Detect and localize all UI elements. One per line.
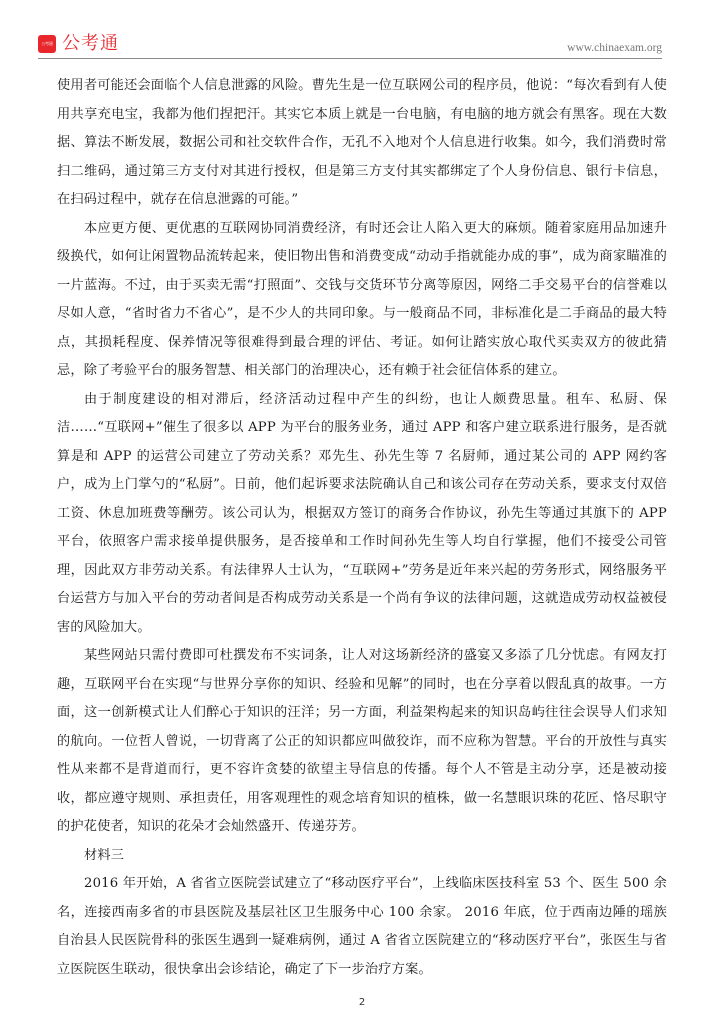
page-header: 公考通 公考通 www.chinaexam.org	[38, 32, 662, 59]
paragraph-4: 某些网站只需付费即可杜撰发布不实词条，让人对这场新经济的盛宴又多添了几分忧虑。有…	[57, 642, 667, 842]
paragraph-3: 由于制度建设的相对滞后，经济活动过程中产生的纠纷，也让人颇费思量。租车、私厨、保…	[57, 386, 667, 643]
section-heading-material-3: 材料三	[57, 842, 667, 871]
paragraph-5: 2016 年开始，A 省省立医院尝试建立了“移动医疗平台”，上线临床医技科室 5…	[57, 870, 667, 984]
brand-logo[interactable]: 公考通 公考通	[38, 34, 119, 54]
paragraph-2: 本应更方便、更优惠的互联网协同消费经济，有时还会让人陷入更大的麻烦。随着家庭用品…	[57, 215, 667, 386]
page-number: 2	[0, 997, 724, 1008]
logo-badge-icon: 公考通	[38, 35, 56, 53]
site-url[interactable]: www.chinaexam.org	[567, 42, 662, 54]
logo-text: 公考通	[62, 34, 119, 54]
document-body: 使用者可能还会面临个人信息泄露的风险。曹先生是一位互联网公司的程序员，他说：“每…	[57, 72, 667, 984]
paragraph-1: 使用者可能还会面临个人信息泄露的风险。曹先生是一位互联网公司的程序员，他说：“每…	[57, 72, 667, 215]
